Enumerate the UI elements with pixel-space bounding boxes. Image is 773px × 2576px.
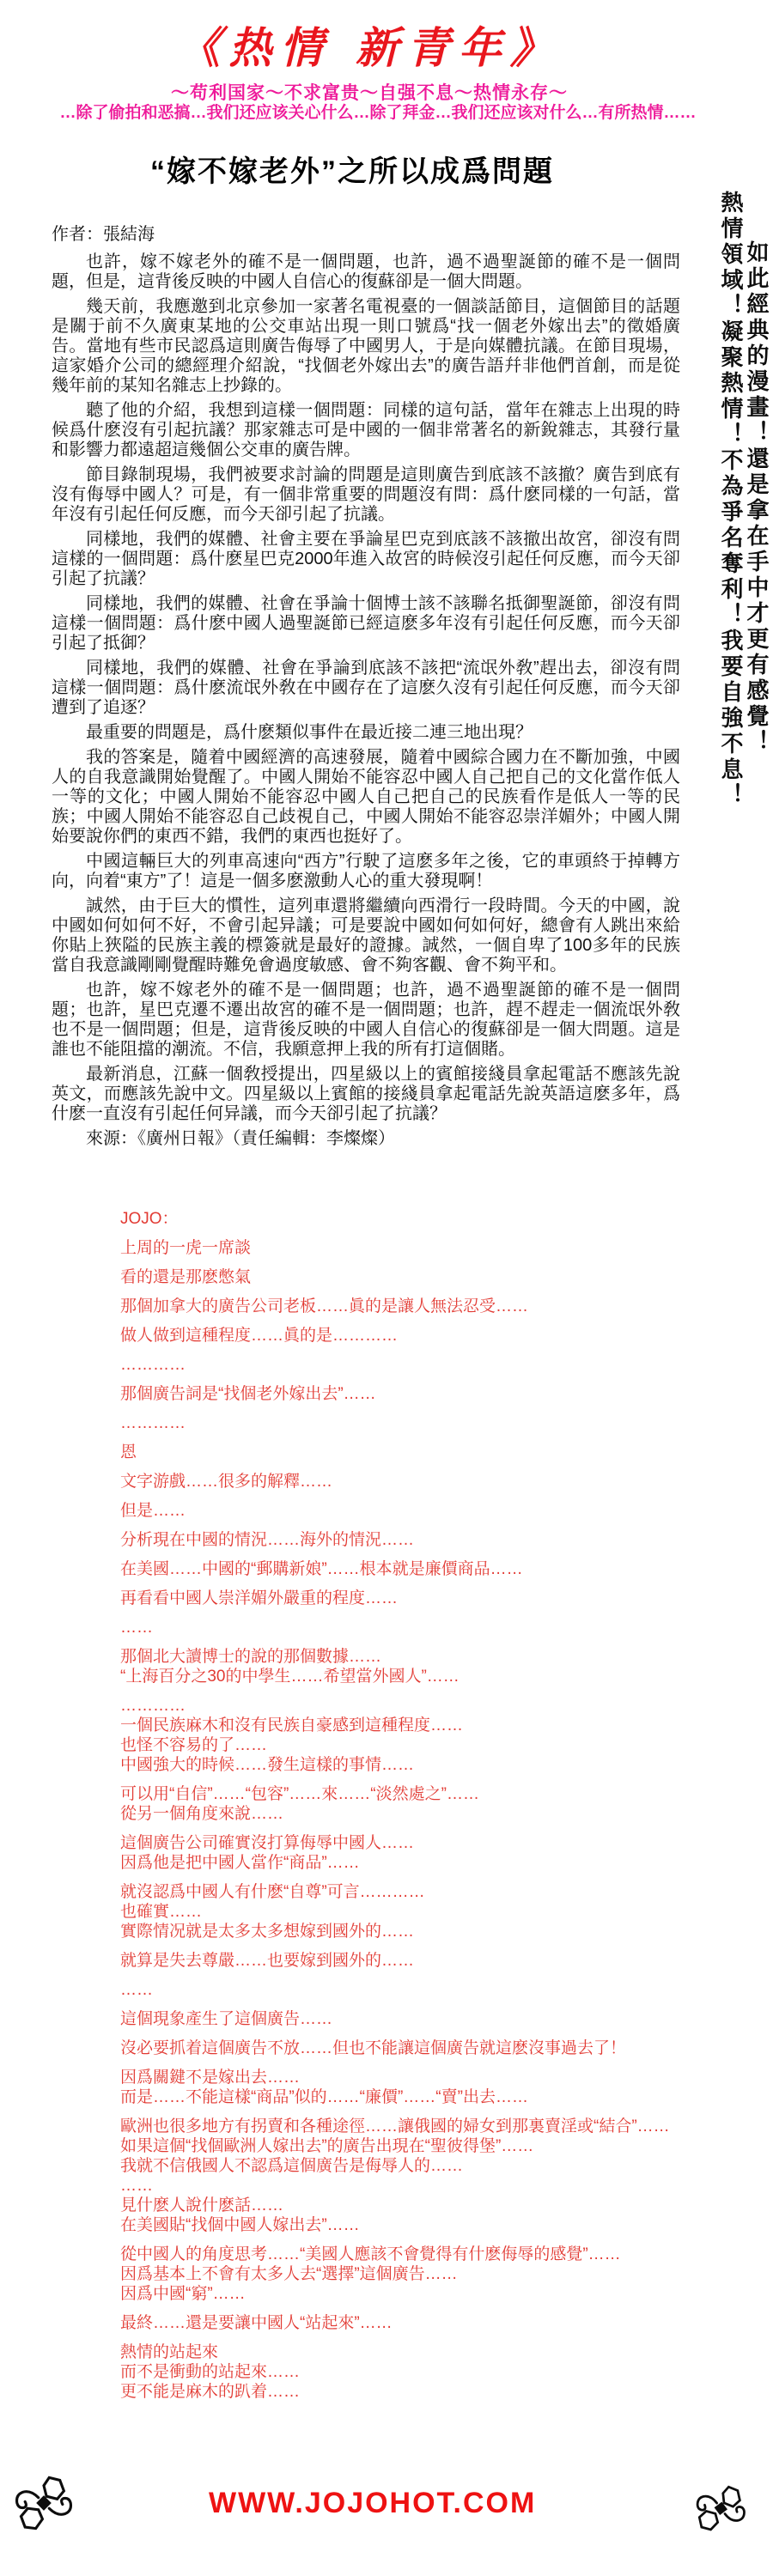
commentary-block: 分析現在中國的情況……海外的情況…… bbox=[120, 1530, 739, 1550]
article-paragraph: 我的答案是，隨着中國經濟的高速發展，隨着中國綜合國力在不斷加強，中國人的自我意識… bbox=[52, 748, 680, 847]
commentary-block: 在美國……中國的“郵購新娘”……根本就是廉價商品…… bbox=[120, 1559, 739, 1579]
commentary-block: 但是…… bbox=[120, 1501, 739, 1521]
article-author: 作者：張結海 bbox=[52, 220, 155, 245]
article-paragraph: 最新消息，江蘇一個敎授提出，四星級以上的賓館接綫員拿起電話不應該先說英文，而應該… bbox=[52, 1065, 680, 1124]
commentary-block: 這個現象產生了這個廣告…… bbox=[120, 2009, 739, 2029]
commentary-block: 那個北大讀博士的說的那個數據…… “上海百分之30的中學生……希望當外國人”…… bbox=[120, 1647, 739, 1686]
motto-line-2: …除了偷拍和恶搞…我们还应该关心什么…除了拜金…我们还应该对什么…有所热情…… bbox=[0, 100, 756, 123]
commentary-block: 看的還是那麽憋氣 bbox=[120, 1267, 739, 1287]
commentary-block: 就沒認爲中國人有什麽“自尊”可言………… 也確實…… 實際情况就是太多太多想嫁到… bbox=[120, 1882, 739, 1941]
article-source: 來源：《廣州日報》（責任編輯：李燦燦） bbox=[52, 1129, 680, 1149]
commentary-block: 做人做到這種程度……眞的是………… bbox=[120, 1326, 739, 1346]
commentary-block: …… bbox=[120, 1618, 739, 1637]
pinwheel-ornament-left-icon bbox=[10, 2470, 77, 2541]
article-paragraph: 節目錄制現場，我們被要求討論的問題是這則廣告到底該不該撤？廣告到底有沒有侮辱中國… bbox=[52, 465, 680, 525]
page: 《热情 新青年》 ～苟利国家～不求富贵～自强不息～热情永存～ …除了偷拍和恶搞…… bbox=[0, 0, 773, 2576]
commentary-block: 上周的一虎一席談 bbox=[120, 1238, 739, 1258]
commentary-block: …… bbox=[120, 1980, 739, 2000]
commentary-block: 那個加拿大的廣告公司老板……眞的是讓人無法忍受…… bbox=[120, 1297, 739, 1316]
commentary-block: 文字游戲……很多的解釋…… bbox=[120, 1472, 739, 1492]
commentary-block: 熱情的站起來 而不是衝動的站起來…… 更不能是麻木的趴着…… bbox=[120, 2342, 739, 2402]
article-paragraph: 幾天前，我應邀到北京參加一家著名電視臺的一個談話節目，這個節目的話題是關于前不久… bbox=[52, 297, 680, 396]
article-paragraph: 同樣地，我們的媒體、社會在爭論到底該不該把“流氓外敎”趕出去，卻沒有問這樣一個問… bbox=[52, 659, 680, 718]
commentary-block: ………… bbox=[120, 1355, 739, 1375]
commentary-block: 歐洲也很多地方有拐賣和各種途徑……讓俄國的婦女到那裏賣淫或“結合”…… 如果這個… bbox=[120, 2117, 739, 2235]
site-url[interactable]: WWW.JOJOHOT.COM bbox=[209, 2487, 536, 2520]
article-paragraph: 最重要的問題是，爲什麽類似事件在最近接二連三地出現？ bbox=[52, 723, 680, 743]
commentary-block: 再看看中國人崇洋媚外嚴重的程度…… bbox=[120, 1589, 739, 1608]
masthead-title: 《热情 新青年》 bbox=[0, 14, 739, 76]
commentary-block: ………… bbox=[120, 1413, 739, 1433]
article-paragraph: 也許，嫁不嫁老外的確不是一個問題，也許，過不過聖誕節的確不是一個問題，但是，這背… bbox=[52, 252, 680, 292]
commentary-block: 因爲關鍵不是嫁出去…… 而是……不能這樣“商品”似的……“廉價”……“賣”出去…… bbox=[120, 2068, 739, 2107]
article-body: 也許，嫁不嫁老外的確不是一個問題，也許，過不過聖誕節的確不是一個問題，但是，這背… bbox=[52, 252, 680, 1154]
vertical-banner: 如此經典的漫畫！還是拿在手中才更有感覺！ 熱情領域！凝聚熱情！不為爭名奪利！我要… bbox=[718, 191, 770, 860]
commentary-block: 那個廣告詞是“找個老外嫁出去”…… bbox=[120, 1384, 739, 1404]
article-paragraph: 也許，嫁不嫁老外的確不是一個問題；也許，過不過聖誕節的確不是一個問題；也許，星巴… bbox=[52, 981, 680, 1060]
commentary-author: JOJO： bbox=[120, 1209, 739, 1229]
commentary-block: 這個廣告公司確實沒打算侮辱中國人…… 因爲他是把中國人當作“商品”…… bbox=[120, 1833, 739, 1873]
article-paragraph: 中國這輛巨大的列車高速向“西方”行駛了這麽多年之後，它的車頭終于掉轉方向，向着“… bbox=[52, 852, 680, 891]
commentary-block: 就算是失去尊嚴……也要嫁到國外的…… bbox=[120, 1951, 739, 1971]
article-paragraph: 同樣地，我們的媒體、社會在爭論十個博士該不該聯名抵御聖誕節，卻沒有問這樣一個問題… bbox=[52, 594, 680, 653]
article-title: “嫁不嫁老外”之所以成爲問題 bbox=[0, 148, 704, 190]
article-paragraph: 聽了他的介紹，我想到這樣一個問題：同樣的這句話，當年在雜志上出現的時候爲什麽沒有… bbox=[52, 401, 680, 460]
commentary-block: ………… 一個民族麻木和沒有民族自豪感到這種程度…… 也怪不容易的了…… 中國強… bbox=[120, 1696, 739, 1775]
commentary-block: 可以用“自信”……“包容”……來……“淡然處之”…… 從另一個角度來說…… bbox=[120, 1784, 739, 1824]
vertical-banner-right-column: 如此經典的漫畫！還是拿在手中才更有感覺！ bbox=[744, 191, 770, 860]
commentary-block: 最終……還是要讓中國人“站起來”…… bbox=[120, 2313, 739, 2333]
article-paragraph: 同樣地，我們的媒體、社會主要在爭論星巴克到底該不該撤出故宮，卻沒有問這樣的一個問… bbox=[52, 530, 680, 589]
commentary-block: 恩 bbox=[120, 1443, 739, 1462]
vertical-banner-left-column: 熱情領域！凝聚熱情！不為爭名奪利！我要自強不息！ bbox=[718, 191, 744, 860]
article-paragraph: 誠然，由于巨大的慣性，這列車還將繼續向西滑行一段時間。今天的中國，說中國如何如何… bbox=[52, 896, 680, 975]
pinwheel-ornament-right-icon bbox=[687, 2476, 754, 2546]
commentary-block: 從中國人的角度思考……“美國人應該不會覺得有什麽侮辱的感覺”…… 因爲基本上不會… bbox=[120, 2245, 739, 2304]
commentary-block: 沒必要抓着這個廣告不放……但也不能讓這個廣告就這麽沒事過去了！ bbox=[120, 2038, 739, 2058]
commentary-section: JOJO： 上周的一虎一席談 看的還是那麽憋氣 那個加拿大的廣告公司老板……眞的… bbox=[120, 1209, 739, 2411]
